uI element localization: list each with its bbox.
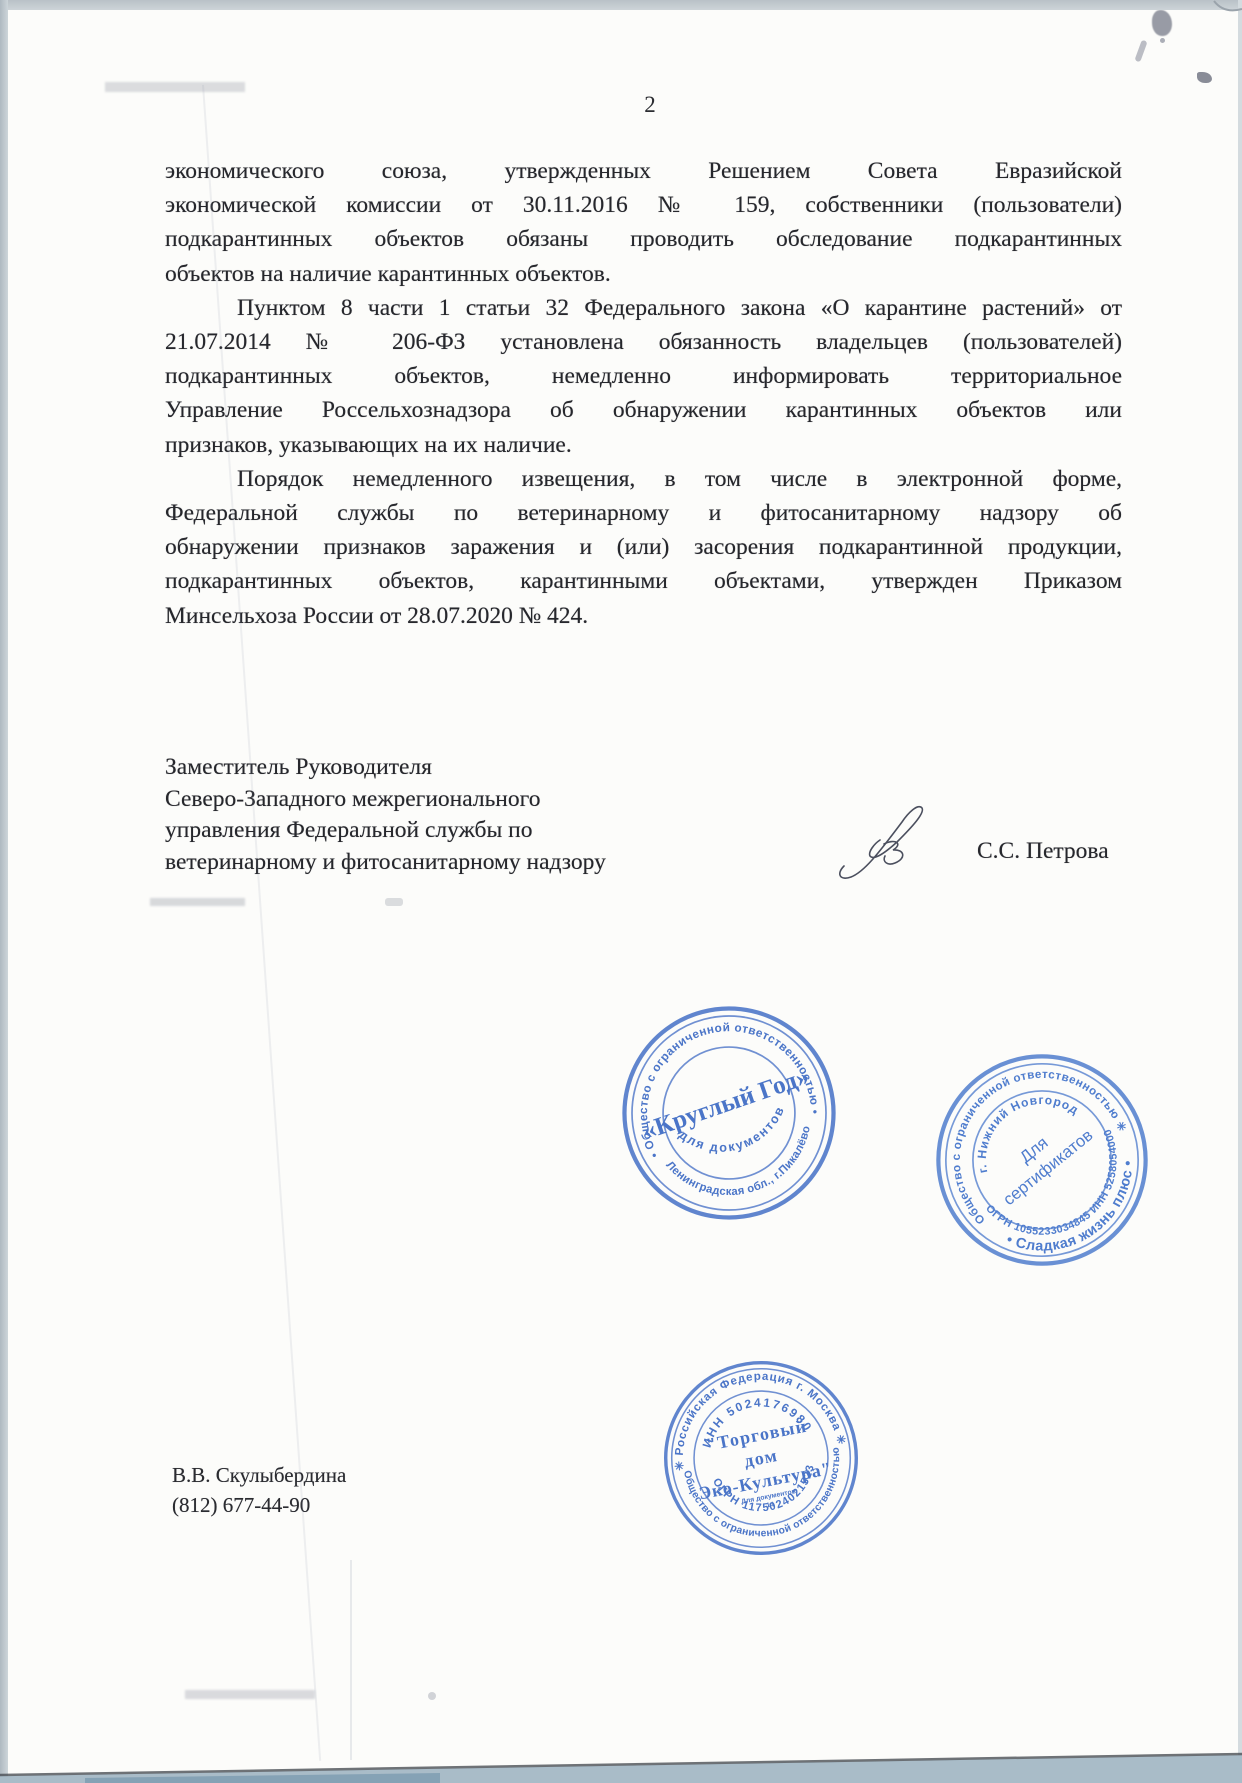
text-line: подкарантинных объектов, немедленно инфо… bbox=[165, 359, 1122, 393]
stamp-center-text: «Круглый Год» bbox=[639, 1062, 813, 1145]
signature-line: Северо-Западного межрегионального bbox=[165, 784, 725, 816]
scan-edge-left bbox=[0, 0, 8, 1783]
stamp-center-text: дом bbox=[742, 1445, 779, 1471]
stamp-subnumber: 14 bbox=[766, 1501, 775, 1509]
text-line: обнаружении признаков заражения и (или) … bbox=[165, 530, 1122, 564]
contact-name: В.В. Скулыбердина bbox=[172, 1460, 346, 1490]
page-number: 2 bbox=[600, 92, 700, 118]
signature-line: ветеринарному и фитосанитарному надзору bbox=[165, 847, 725, 879]
stamp-center-text: сертификатов bbox=[999, 1125, 1096, 1209]
text-line: Пунктом 8 части 1 статьи 32 Федерального… bbox=[165, 291, 1122, 325]
stamp-torgovy-dom-eko-kultura: ✳ Российская Федерация г. Москва ✳ Общес… bbox=[643, 1340, 879, 1576]
text-line: экономического союза, утвержденных Решен… bbox=[165, 154, 1122, 188]
body-text: экономического союза, утвержденных Решен… bbox=[165, 154, 1122, 633]
text-line: Управление Россельхознадзора об обнаруже… bbox=[165, 393, 1122, 427]
text-line: объектов на наличие карантинных объектов… bbox=[165, 257, 1122, 291]
signature-autograph bbox=[828, 782, 928, 887]
contact-phone: (812) 677-44-90 bbox=[172, 1490, 346, 1520]
text-line: подкарантинных объектов обязаны проводит… bbox=[165, 222, 1122, 256]
scanned-document: 2 экономического союза, утвержденных Реш… bbox=[0, 0, 1242, 1783]
text-line: Федеральной службы по ветеринарному и фи… bbox=[165, 496, 1122, 530]
text-line: Минсельхоза России от 28.07.2020 № 424. bbox=[165, 599, 1122, 633]
page-corner-curl bbox=[1212, 0, 1242, 16]
text-line: 21.07.2014 № 206-ФЗ установлена обязанно… bbox=[165, 325, 1122, 359]
signature-line: управления Федеральной службы по bbox=[165, 815, 725, 847]
text-line: признаков, указывающих на их наличие. bbox=[165, 428, 1122, 462]
text-line: подкарантинных объектов, карантинными об… bbox=[165, 564, 1122, 598]
page-bottom-edge bbox=[0, 1742, 1242, 1783]
contact-block: В.В. Скулыбердина (812) 677-44-90 bbox=[172, 1460, 346, 1520]
scan-edge-right bbox=[1238, 0, 1242, 1783]
text-line: Порядок немедленного извещения, в том чи… bbox=[165, 462, 1122, 496]
scan-edge-top bbox=[0, 0, 1242, 10]
text-line: экономической комиссии от 30.11.2016 № 1… bbox=[165, 188, 1122, 222]
signer-name: С.С. Петрова bbox=[977, 838, 1109, 865]
